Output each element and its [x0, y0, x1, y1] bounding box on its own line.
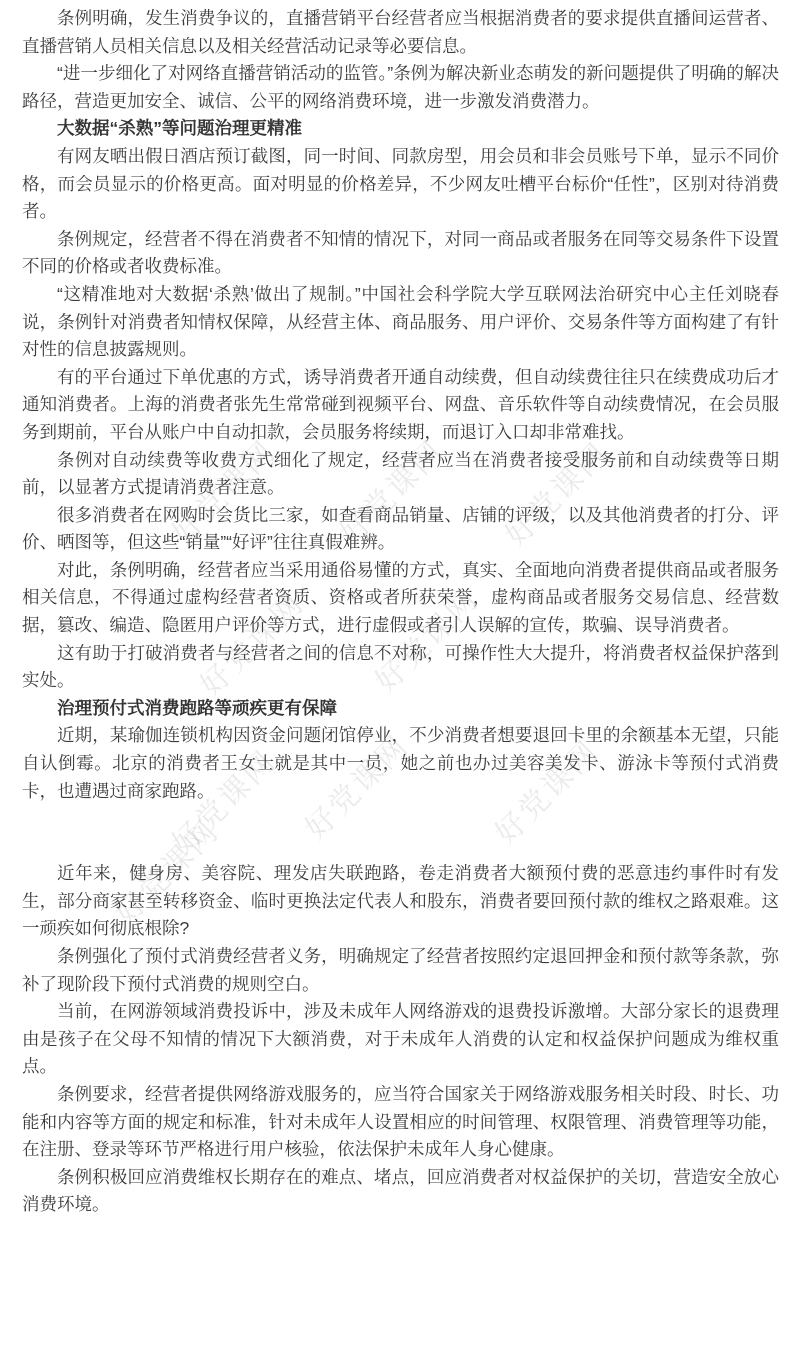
paragraph: 当前，在网游领域消费投诉中，涉及未成年人网络游戏的退费投诉激增。大部分家长的退费… [22, 998, 779, 1081]
paragraph: 近年来，健身房、美容院、理发店失联跑路，卷走消费者大额预付费的恶意违约事件时有发… [22, 860, 779, 943]
paragraph: 有的平台通过下单优惠的方式，诱导消费者开通自动续费，但自动续费往往只在续费成功后… [22, 364, 779, 447]
image-gap-spacer [22, 805, 779, 860]
article-page: 好党课网好党课网好党课网好党课网好党课网好党课网好党课网好党课网好党课网 条例明… [0, 0, 800, 1346]
section-heading: 治理预付式消费跑路等顽疾更有保障 [22, 695, 779, 723]
paragraph: 这有助于打破消费者与经营者之间的信息不对称，可操作性大大提升，将消费者权益保护落… [22, 640, 779, 695]
paragraph: 条例明确，发生消费争议的，直播营销平台经营者应当根据消费者的要求提供直播间运营者… [22, 5, 779, 60]
paragraph: “这精准地对大数据‘杀熟’做出了规制。”中国社会科学院大学互联网法治研究中心主任… [22, 281, 779, 364]
section-heading: 大数据“杀熟”等问题治理更精准 [22, 115, 779, 143]
paragraph: 有网友晒出假日酒店预订截图，同一时间、同款房型，用会员和非会员账号下单，显示不同… [22, 143, 779, 226]
paragraph: “进一步细化了对网络直播营销活动的监管。”条例为解决新业态萌发的新问题提供了明确… [22, 60, 779, 115]
paragraph: 对此，条例明确，经营者应当采用通俗易懂的方式，真实、全面地向消费者提供商品或者服… [22, 557, 779, 640]
paragraph: 条例要求，经营者提供网络游戏服务的，应当符合国家关于网络游戏服务相关时段、时长、… [22, 1081, 779, 1164]
paragraph: 很多消费者在网购时会货比三家，如查看商品销量、店铺的评级，以及其他消费者的打分、… [22, 502, 779, 557]
article-content: 条例明确，发生消费争议的，直播营销平台经营者应当根据消费者的要求提供直播间运营者… [0, 0, 800, 1219]
paragraph: 条例规定，经营者不得在消费者不知情的情况下，对同一商品或者服务在同等交易条件下设… [22, 226, 779, 281]
paragraph: 条例对自动续费等收费方式细化了规定，经营者应当在消费者接受服务前和自动续费等日期… [22, 447, 779, 502]
paragraph: 近期，某瑜伽连锁机构因资金问题闭馆停业，不少消费者想要退回卡里的余额基本无望，只… [22, 722, 779, 805]
paragraph: 条例积极回应消费维权长期存在的难点、堵点，回应消费者对权益保护的关切，营造安全放… [22, 1164, 779, 1219]
paragraph: 条例强化了预付式消费经营者义务，明确规定了经营者按照约定退回押金和预付款等条款，… [22, 943, 779, 998]
